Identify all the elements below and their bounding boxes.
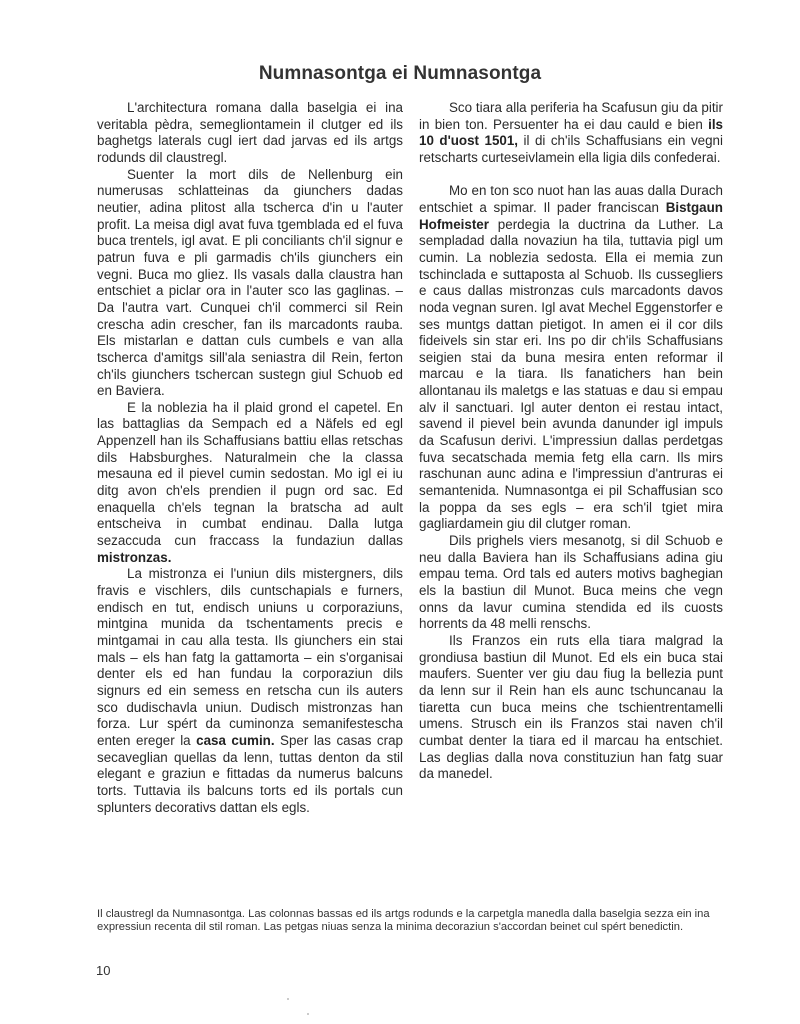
paragraph: Ils Franzos ein ruts ella tiara malgrad … (419, 633, 723, 783)
paragraph-text: Ils Franzos ein ruts ella tiara malgrad … (419, 633, 723, 781)
scan-speck (307, 1013, 309, 1015)
right-column: Sco tiara alla periferia ha Scafusun giu… (419, 100, 723, 783)
paragraph-text: Dils prighels viers mesanotg, si dil Sch… (419, 533, 723, 631)
paragraph: L'architectura romana dalla baselgia ei … (97, 100, 403, 167)
figure-caption: Il claustregl da Numnasontga. Las colonn… (97, 908, 737, 933)
paragraph: E la noblezia ha il plaid grond el capet… (97, 400, 403, 567)
scan-speck (287, 998, 289, 1000)
paragraph-text: Suenter la mort dils de Nellenburg ein n… (97, 167, 403, 399)
paragraph: Sco tiara alla periferia ha Scafusun giu… (419, 100, 723, 167)
page-number: 10 (96, 963, 110, 978)
bold-emphasis: casa cumin. (196, 733, 274, 748)
paragraph-text: La mistronza ei l'uniun dils mistergners… (97, 566, 403, 748)
left-column: L'architectura romana dalla baselgia ei … (97, 100, 403, 816)
paragraph: Suenter la mort dils de Nellenburg ein n… (97, 167, 403, 400)
paragraph-text: L'architectura romana dalla baselgia ei … (97, 100, 403, 165)
paragraph-text: perdegia la ductrina da Luther. La sempl… (419, 217, 723, 532)
paragraph-text: E la noblezia ha il plaid grond el capet… (97, 400, 403, 548)
paragraph: Mo en ton sco nuot han las auas dalla Du… (419, 183, 723, 533)
paragraph: Dils prighels viers mesanotg, si dil Sch… (419, 533, 723, 633)
bold-emphasis: mistronzas. (97, 550, 171, 565)
paragraph: La mistronza ei l'uniun dils mistergners… (97, 566, 403, 816)
page-title: Numnasontga ei Numnasontga (0, 63, 800, 85)
paragraph-text: Sco tiara alla periferia ha Scafusun giu… (419, 100, 723, 132)
